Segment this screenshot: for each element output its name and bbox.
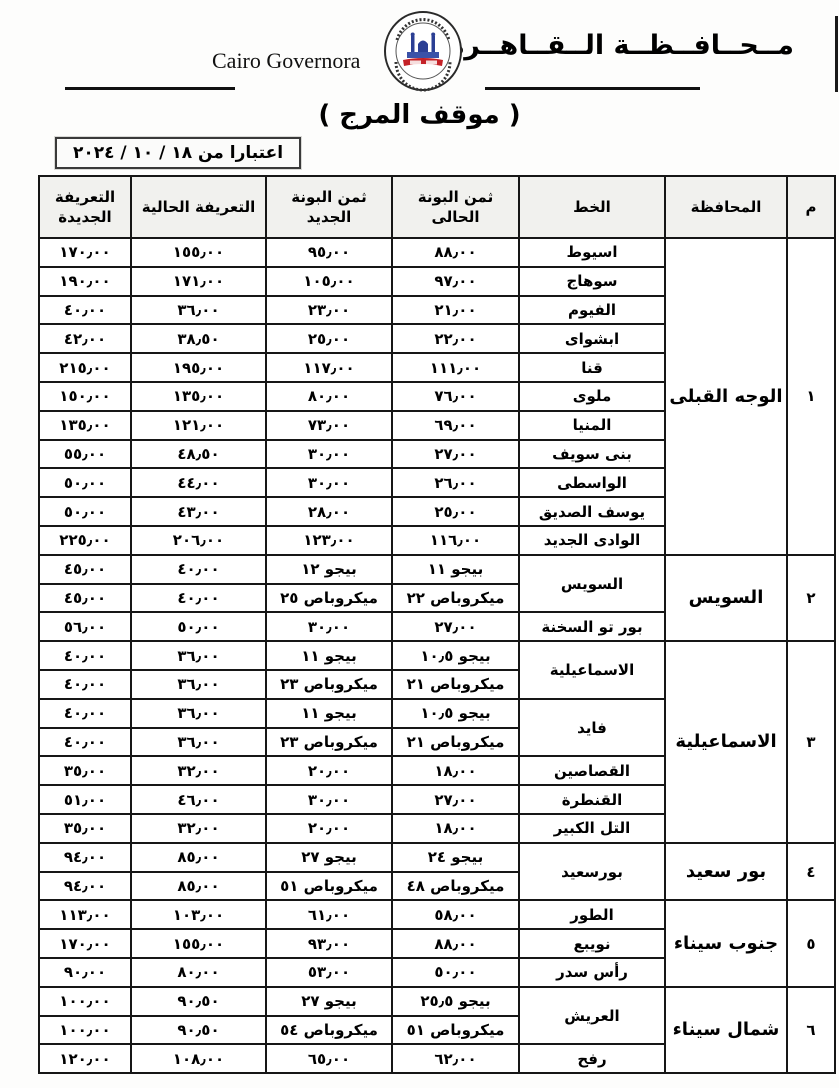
current-tariff-cell: ١٩٥٫٠٠: [131, 353, 266, 382]
current-ticket-price-cell: بيجو ١٠٫٥: [392, 699, 519, 728]
new-tariff-cell: ١١٣٫٠٠: [39, 900, 131, 929]
new-tariff-cell: ٢١٥٫٠٠: [39, 353, 131, 382]
new-ticket-price-cell: ٣٠٫٠٠: [266, 785, 392, 814]
current-ticket-price-cell: ميكروباص ٢٢: [392, 584, 519, 613]
new-ticket-price-cell: ٢٥٫٠٠: [266, 324, 392, 353]
new-ticket-price-cell: ٦١٫٠٠: [266, 900, 392, 929]
new-ticket-price-cell: ١٠٥٫٠٠: [266, 267, 392, 296]
table-row: ٥جنوب سيناءالطور٥٨٫٠٠٦١٫٠٠١٠٣٫٠٠١١٣٫٠٠: [39, 900, 835, 929]
col-header-governorate: المحافظة: [665, 176, 787, 238]
line-cell: الاسماعيلية: [519, 641, 665, 699]
new-ticket-price-cell: ميكروباص ٢٣: [266, 670, 392, 699]
current-tariff-cell: ٨٥٫٠٠: [131, 872, 266, 901]
new-tariff-cell: ٩٤٫٠٠: [39, 843, 131, 872]
current-ticket-price-cell: ميكروباص ٢١: [392, 670, 519, 699]
current-tariff-cell: ١٧١٫٠٠: [131, 267, 266, 296]
new-tariff-cell: ١٢٠٫٠٠: [39, 1044, 131, 1073]
current-ticket-price-cell: ٢٧٫٠٠: [392, 612, 519, 641]
line-cell: ملوى: [519, 382, 665, 411]
current-tariff-cell: ٤٣٫٠٠: [131, 497, 266, 526]
line-cell: التل الكبير: [519, 814, 665, 843]
current-ticket-price-cell: ٢٧٫٠٠: [392, 785, 519, 814]
new-ticket-price-cell: ٢٨٫٠٠: [266, 497, 392, 526]
current-ticket-price-cell: ٨٨٫٠٠: [392, 238, 519, 267]
col-header-index: م: [787, 176, 835, 238]
current-tariff-cell: ١٥٥٫٠٠: [131, 238, 266, 267]
new-tariff-cell: ٣٥٫٠٠: [39, 814, 131, 843]
line-cell: المنيا: [519, 411, 665, 440]
effective-date-box: اعتبارا من ١٨ / ١٠ / ٢٠٢٤: [55, 137, 301, 169]
new-tariff-cell: ١٧٠٫٠٠: [39, 929, 131, 958]
current-ticket-price-cell: ١١١٫٠٠: [392, 353, 519, 382]
new-tariff-cell: ٤٥٫٠٠: [39, 555, 131, 584]
new-ticket-price-cell: ٢٣٫٠٠: [266, 296, 392, 325]
scan-edge-artifact: [835, 16, 838, 92]
current-tariff-cell: ٣٢٫٠٠: [131, 756, 266, 785]
new-tariff-cell: ٤٠٫٠٠: [39, 641, 131, 670]
table-row: ٣الاسماعيليةالاسماعيليةبيجو ١٠٫٥بيجو ١١٣…: [39, 641, 835, 670]
current-ticket-price-cell: بيجو ١١: [392, 555, 519, 584]
new-ticket-price-cell: ١٢٣٫٠٠: [266, 526, 392, 555]
current-ticket-price-cell: ٢٥٫٠٠: [392, 497, 519, 526]
new-tariff-cell: ٤٠٫٠٠: [39, 670, 131, 699]
new-tariff-cell: ٤٠٫٠٠: [39, 728, 131, 757]
letterhead-rule-left: [65, 87, 235, 90]
current-ticket-price-cell: ٢٧٫٠٠: [392, 440, 519, 469]
current-tariff-cell: ٤٠٫٠٠: [131, 584, 266, 613]
current-ticket-price-cell: ٥٨٫٠٠: [392, 900, 519, 929]
col-header-current-tariff: التعريفة الحالية: [131, 176, 266, 238]
new-ticket-price-cell: ٢٠٫٠٠: [266, 756, 392, 785]
current-tariff-cell: ٣٦٫٠٠: [131, 641, 266, 670]
line-cell: اسيوط: [519, 238, 665, 267]
new-ticket-price-cell: ٦٥٫٠٠: [266, 1044, 392, 1073]
new-ticket-price-cell: ٩٥٫٠٠: [266, 238, 392, 267]
document-page: { "header": { "arabic_title": "مــحــافـ…: [0, 0, 839, 1088]
line-cell: نويبع: [519, 929, 665, 958]
line-cell: ابشواى: [519, 324, 665, 353]
line-cell: بورسعيد: [519, 843, 665, 901]
governorate-cell: بور سعيد: [665, 843, 787, 901]
governorate-cell: السويس: [665, 555, 787, 641]
current-tariff-cell: ٤٤٫٠٠: [131, 468, 266, 497]
row-index-cell: ٣: [787, 641, 835, 843]
new-ticket-price-cell: ميكروباص ٢٣: [266, 728, 392, 757]
current-ticket-price-cell: ٦٢٫٠٠: [392, 1044, 519, 1073]
col-header-line: الخط: [519, 176, 665, 238]
fare-table-header: م المحافظة الخط ثمن البونة الحالى ثمن ال…: [39, 176, 835, 238]
new-tariff-cell: ٥٠٫٠٠: [39, 497, 131, 526]
current-tariff-cell: ٤٦٫٠٠: [131, 785, 266, 814]
new-ticket-price-cell: ٣٠٫٠٠: [266, 612, 392, 641]
new-tariff-cell: ٤٢٫٠٠: [39, 324, 131, 353]
row-index-cell: ١: [787, 238, 835, 555]
current-tariff-cell: ٣٦٫٠٠: [131, 728, 266, 757]
table-row: ٢السويسالسويسبيجو ١١بيجو ١٢٤٠٫٠٠٤٥٫٠٠: [39, 555, 835, 584]
current-tariff-cell: ٥٠٫٠٠: [131, 612, 266, 641]
current-tariff-cell: ٤٠٫٠٠: [131, 555, 266, 584]
row-index-cell: ٥: [787, 900, 835, 986]
row-index-cell: ٦: [787, 987, 835, 1073]
page-title: ( موقف المرج ): [0, 100, 839, 130]
new-tariff-cell: ٥٦٫٠٠: [39, 612, 131, 641]
governorate-cell: جنوب سيناء: [665, 900, 787, 986]
line-cell: الواسطى: [519, 468, 665, 497]
line-cell: يوسف الصديق: [519, 497, 665, 526]
current-ticket-price-cell: ٨٨٫٠٠: [392, 929, 519, 958]
new-tariff-cell: ٤٠٫٠٠: [39, 296, 131, 325]
current-ticket-price-cell: ٢٦٫٠٠: [392, 468, 519, 497]
new-tariff-cell: ١٣٥٫٠٠: [39, 411, 131, 440]
new-tariff-cell: ١٥٠٫٠٠: [39, 382, 131, 411]
new-tariff-cell: ١٩٠٫٠٠: [39, 267, 131, 296]
row-index-cell: ٤: [787, 843, 835, 901]
current-ticket-price-cell: ١١٦٫٠٠: [392, 526, 519, 555]
col-header-current-ticket: ثمن البونة الحالى: [392, 176, 519, 238]
line-cell: رفح: [519, 1044, 665, 1073]
current-tariff-cell: ٣٦٫٠٠: [131, 699, 266, 728]
current-tariff-cell: ٤٨٫٥٠: [131, 440, 266, 469]
header-row: م المحافظة الخط ثمن البونة الحالى ثمن ال…: [39, 176, 835, 238]
table-row: ١الوجه القبلىاسيوط٨٨٫٠٠٩٥٫٠٠١٥٥٫٠٠١٧٠٫٠٠: [39, 238, 835, 267]
current-ticket-price-cell: ١٨٫٠٠: [392, 814, 519, 843]
current-ticket-price-cell: ميكروباص ٢١: [392, 728, 519, 757]
current-ticket-price-cell: بيجو ٢٥٫٥: [392, 987, 519, 1016]
table-row: ٦شمال سيناءالعريشبيجو ٢٥٫٥بيجو ٢٧٩٠٫٥٠١٠…: [39, 987, 835, 1016]
current-ticket-price-cell: ٧٦٫٠٠: [392, 382, 519, 411]
new-tariff-cell: ٥١٫٠٠: [39, 785, 131, 814]
current-ticket-price-cell: ١٨٫٠٠: [392, 756, 519, 785]
current-tariff-cell: ١٣٥٫٠٠: [131, 382, 266, 411]
new-ticket-price-cell: ٧٣٫٠٠: [266, 411, 392, 440]
new-ticket-price-cell: بيجو ٢٧: [266, 843, 392, 872]
new-ticket-price-cell: ميكروباص ٢٥: [266, 584, 392, 613]
line-cell: القنطرة: [519, 785, 665, 814]
seal-icon: [383, 10, 463, 92]
governorate-title-english: Cairo Governora: [212, 48, 360, 74]
new-ticket-price-cell: ٩٣٫٠٠: [266, 929, 392, 958]
current-ticket-price-cell: ٢١٫٠٠: [392, 296, 519, 325]
col-header-new-ticket: ثمن البونة الجديد: [266, 176, 392, 238]
cairo-governorate-logo: [383, 10, 463, 92]
new-ticket-price-cell: بيجو ١١: [266, 699, 392, 728]
new-ticket-price-cell: ٢٠٫٠٠: [266, 814, 392, 843]
line-cell: الوادى الجديد: [519, 526, 665, 555]
line-cell: بنى سويف: [519, 440, 665, 469]
current-tariff-cell: ٣٢٫٠٠: [131, 814, 266, 843]
new-tariff-cell: ٢٢٥٫٠٠: [39, 526, 131, 555]
new-tariff-cell: ٥٠٫٠٠: [39, 468, 131, 497]
current-tariff-cell: ١٠٣٫٠٠: [131, 900, 266, 929]
col-header-new-tariff: التعريفة الجديدة: [39, 176, 131, 238]
line-cell: السويس: [519, 555, 665, 613]
line-cell: سوهاج: [519, 267, 665, 296]
current-tariff-cell: ١٢١٫٠٠: [131, 411, 266, 440]
new-ticket-price-cell: بيجو ١٢: [266, 555, 392, 584]
current-ticket-price-cell: ٦٩٫٠٠: [392, 411, 519, 440]
new-ticket-price-cell: ٣٠٫٠٠: [266, 468, 392, 497]
governorate-cell: الوجه القبلى: [665, 238, 787, 555]
current-ticket-price-cell: ٢٢٫٠٠: [392, 324, 519, 353]
line-cell: الفيوم: [519, 296, 665, 325]
current-tariff-cell: ٨٠٫٠٠: [131, 958, 266, 987]
new-ticket-price-cell: ١١٧٫٠٠: [266, 353, 392, 382]
current-ticket-price-cell: بيجو ١٠٫٥: [392, 641, 519, 670]
governorate-title-arabic: مــحــافــظــة الــقــاهــرة: [448, 30, 794, 61]
line-cell: فايد: [519, 699, 665, 757]
new-tariff-cell: ٤٠٫٠٠: [39, 699, 131, 728]
new-tariff-cell: ٩٤٫٠٠: [39, 872, 131, 901]
line-cell: العريش: [519, 987, 665, 1045]
current-ticket-price-cell: ٥٠٫٠٠: [392, 958, 519, 987]
current-tariff-cell: ١٥٥٫٠٠: [131, 929, 266, 958]
fare-table-body: ١الوجه القبلىاسيوط٨٨٫٠٠٩٥٫٠٠١٥٥٫٠٠١٧٠٫٠٠…: [39, 238, 835, 1073]
new-tariff-cell: ١٧٠٫٠٠: [39, 238, 131, 267]
current-tariff-cell: ٩٠٫٥٠: [131, 1016, 266, 1045]
governorate-cell: شمال سيناء: [665, 987, 787, 1073]
new-ticket-price-cell: ميكروباص ٥١: [266, 872, 392, 901]
new-ticket-price-cell: بيجو ٢٧: [266, 987, 392, 1016]
new-tariff-cell: ١٠٠٫٠٠: [39, 1016, 131, 1045]
new-ticket-price-cell: ٨٠٫٠٠: [266, 382, 392, 411]
current-tariff-cell: ٣٦٫٠٠: [131, 296, 266, 325]
new-tariff-cell: ٥٥٫٠٠: [39, 440, 131, 469]
line-cell: القصاصين: [519, 756, 665, 785]
new-tariff-cell: ١٠٠٫٠٠: [39, 987, 131, 1016]
current-ticket-price-cell: ٩٧٫٠٠: [392, 267, 519, 296]
current-ticket-price-cell: ميكروباص ٤٨: [392, 872, 519, 901]
letterhead-rule-right: [485, 87, 700, 90]
current-tariff-cell: ٣٦٫٠٠: [131, 670, 266, 699]
new-ticket-price-cell: ٣٠٫٠٠: [266, 440, 392, 469]
line-cell: بور تو السخنة: [519, 612, 665, 641]
fare-table: م المحافظة الخط ثمن البونة الحالى ثمن ال…: [38, 175, 836, 1074]
line-cell: الطور: [519, 900, 665, 929]
current-ticket-price-cell: بيجو ٢٤: [392, 843, 519, 872]
new-tariff-cell: ٣٥٫٠٠: [39, 756, 131, 785]
current-tariff-cell: ٨٥٫٠٠: [131, 843, 266, 872]
table-row: ٤بور سعيدبورسعيدبيجو ٢٤بيجو ٢٧٨٥٫٠٠٩٤٫٠٠: [39, 843, 835, 872]
current-tariff-cell: ٣٨٫٥٠: [131, 324, 266, 353]
new-ticket-price-cell: بيجو ١١: [266, 641, 392, 670]
new-ticket-price-cell: ٥٣٫٠٠: [266, 958, 392, 987]
new-ticket-price-cell: ميكروباص ٥٤: [266, 1016, 392, 1045]
new-tariff-cell: ٤٥٫٠٠: [39, 584, 131, 613]
current-tariff-cell: ٢٠٦٫٠٠: [131, 526, 266, 555]
row-index-cell: ٢: [787, 555, 835, 641]
line-cell: رأس سدر: [519, 958, 665, 987]
letterhead: مــحــافــظــة الــقــاهــرة Cairo Gover…: [0, 0, 839, 100]
current-ticket-price-cell: ميكروباص ٥١: [392, 1016, 519, 1045]
governorate-cell: الاسماعيلية: [665, 641, 787, 843]
current-tariff-cell: ٩٠٫٥٠: [131, 987, 266, 1016]
new-tariff-cell: ٩٠٫٠٠: [39, 958, 131, 987]
current-tariff-cell: ١٠٨٫٠٠: [131, 1044, 266, 1073]
line-cell: قنا: [519, 353, 665, 382]
